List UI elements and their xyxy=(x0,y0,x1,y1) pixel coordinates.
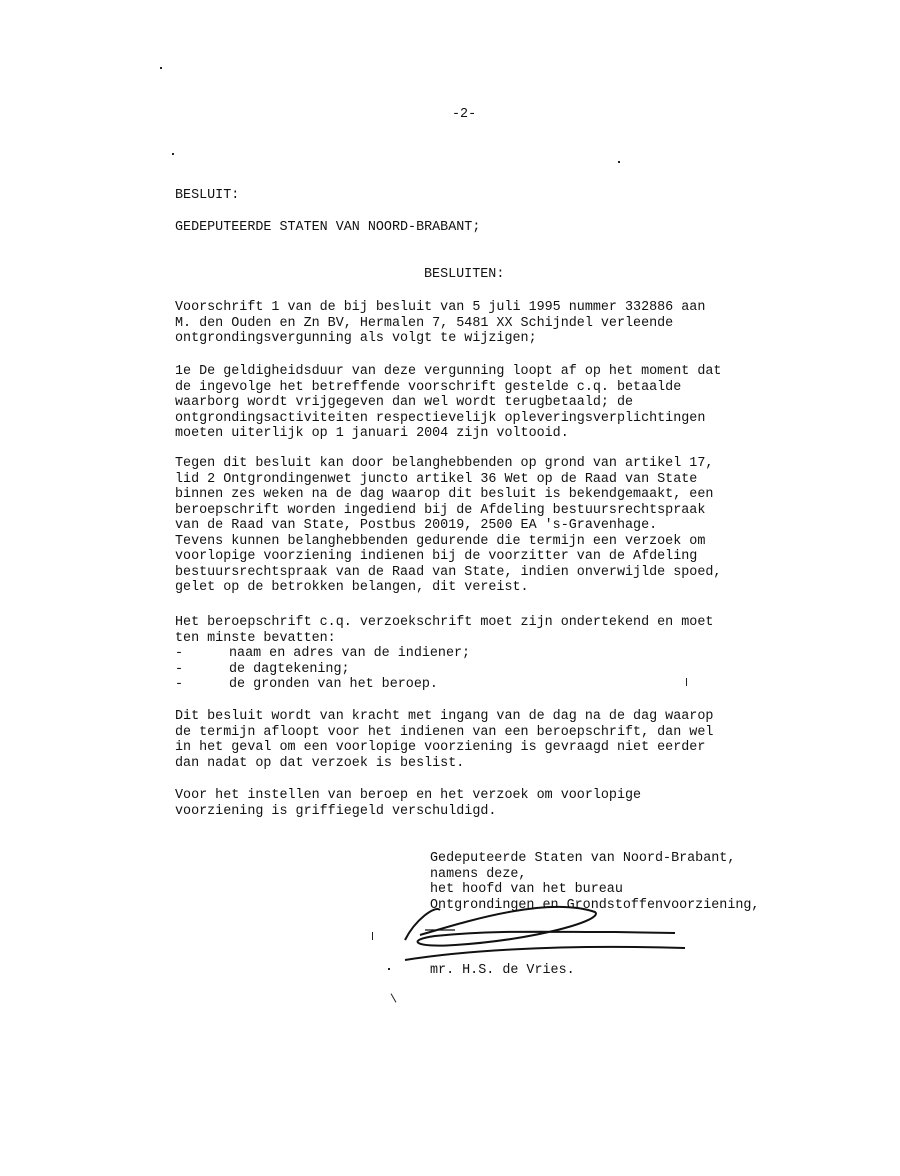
paragraph-griffiegeld: Voor het instellen van beroep en het ver… xyxy=(175,788,641,819)
document-page: -2- BESLUIT: GEDEPUTEERDE STATEN VAN NOO… xyxy=(0,0,900,1176)
heading-besluiten: BESLUITEN: xyxy=(424,267,504,283)
scan-speck xyxy=(372,932,373,940)
scan-speck xyxy=(388,968,390,970)
paragraph-geldigheidsduur: 1e De geldigheidsduur van deze vergunnin… xyxy=(175,364,721,442)
paragraph-beroepschrift-requirements: Het beroepschrift c.q. verzoekschrift mo… xyxy=(175,615,713,646)
scan-speck xyxy=(618,161,620,163)
handwritten-signature xyxy=(395,900,695,970)
scan-speck xyxy=(686,678,687,686)
authority-line: GEDEPUTEERDE STATEN VAN NOORD-BRABANT; xyxy=(175,220,480,236)
scan-speck xyxy=(391,993,397,1002)
paragraph-voorschrift: Voorschrift 1 van de bij besluit van 5 j… xyxy=(175,300,705,347)
scan-speck xyxy=(160,67,162,69)
paragraph-beroep: Tegen dit besluit kan door belanghebbend… xyxy=(175,456,721,596)
scan-speck xyxy=(172,153,174,155)
paragraph-inwerkingtreding: Dit besluit wordt van kracht met ingang … xyxy=(175,709,713,771)
signatory-name: mr. H.S. de Vries. xyxy=(430,963,575,979)
page-number: -2- xyxy=(452,107,476,123)
heading-besluit: BESLUIT: xyxy=(175,188,239,204)
